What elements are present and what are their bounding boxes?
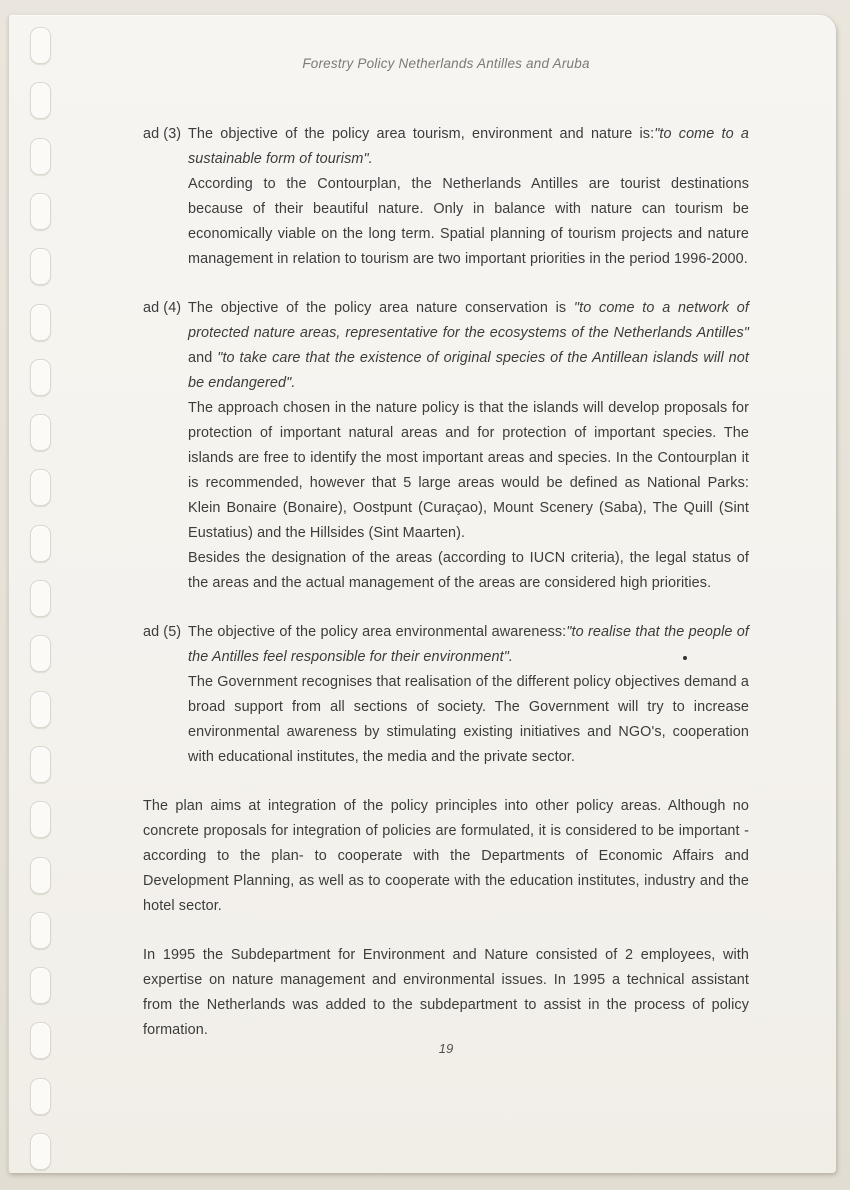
paragraph: ad (3)The objective of the policy area t… bbox=[143, 122, 749, 272]
binding-hole bbox=[30, 857, 51, 894]
binding-holes bbox=[30, 15, 50, 1173]
paragraph-label: ad (3) bbox=[143, 122, 181, 147]
document-blocks: ad (3)The objective of the policy area t… bbox=[143, 122, 749, 1067]
running-header: Forestry Policy Netherlands Antilles and… bbox=[143, 56, 749, 71]
binding-hole bbox=[30, 359, 51, 396]
quoted-objective-text: "to take care that the existence of orig… bbox=[188, 350, 749, 391]
body-text: The plan aims at integration of the poli… bbox=[143, 798, 749, 914]
ink-dot-artifact bbox=[683, 656, 687, 660]
page-number: 19 bbox=[143, 1041, 749, 1056]
binding-hole bbox=[30, 525, 51, 562]
paragraph: ad (5)The objective of the policy area e… bbox=[143, 620, 749, 770]
body-text: In 1995 the Subdepartment for Environmen… bbox=[143, 947, 749, 1038]
binding-hole bbox=[30, 138, 51, 175]
paragraph: ad (4)The objective of the policy area n… bbox=[143, 296, 749, 596]
binding-hole bbox=[30, 635, 51, 672]
body-text: The Government recognises that realisati… bbox=[188, 674, 749, 765]
paragraph: In 1995 the Subdepartment for Environmen… bbox=[143, 943, 749, 1043]
paragraph-label: ad (5) bbox=[143, 620, 181, 645]
body-text: The objective of the policy area tourism… bbox=[188, 126, 654, 142]
binding-hole bbox=[30, 691, 51, 728]
paragraph-label: ad (4) bbox=[143, 296, 181, 321]
body-text: The objective of the policy area nature … bbox=[188, 300, 574, 316]
paragraph: The plan aims at integration of the poli… bbox=[143, 794, 749, 919]
binding-hole bbox=[30, 1022, 51, 1059]
binding-hole bbox=[30, 27, 51, 64]
binding-hole bbox=[30, 193, 51, 230]
body-text: and bbox=[188, 350, 217, 366]
binding-hole bbox=[30, 580, 51, 617]
body-text: According to the Contourplan, the Nether… bbox=[188, 176, 749, 267]
body-text: The approach chosen in the nature policy… bbox=[188, 400, 749, 541]
binding-hole bbox=[30, 801, 51, 838]
body-text: Besides the designation of the areas (ac… bbox=[188, 550, 749, 591]
binding-hole bbox=[30, 1078, 51, 1115]
body-text: The objective of the policy area environ… bbox=[188, 624, 566, 640]
binding-hole bbox=[30, 414, 51, 451]
binding-hole bbox=[30, 82, 51, 119]
binding-hole bbox=[30, 469, 51, 506]
binding-hole bbox=[30, 912, 51, 949]
document-page: Forestry Policy Netherlands Antilles and… bbox=[8, 15, 836, 1173]
binding-hole bbox=[30, 746, 51, 783]
binding-hole bbox=[30, 1133, 51, 1170]
binding-hole bbox=[30, 304, 51, 341]
binding-hole bbox=[30, 967, 51, 1004]
binding-hole bbox=[30, 248, 51, 285]
